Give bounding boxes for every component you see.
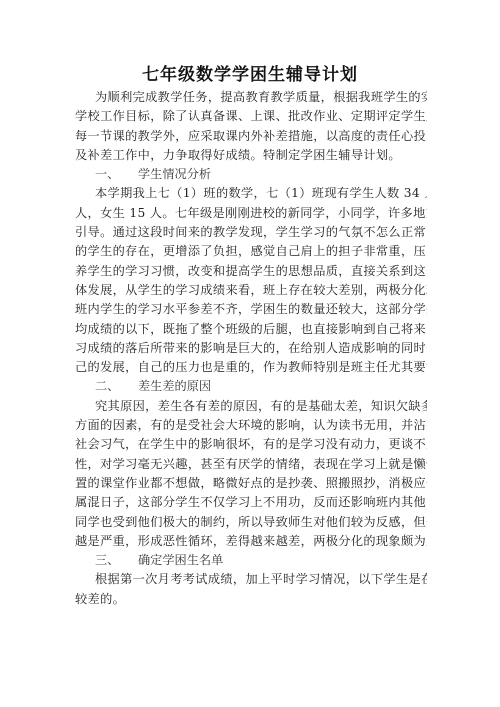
paragraph-line: 均成绩的以下，既拖了整个班级的后腿，也直接影响到自己将来的发展，他们学 [75, 320, 427, 339]
section-paragraph: 本学期我上七（1）班的数学，七（1）班现有学生人数 34 人，其中男生 19 人… [75, 184, 427, 377]
paragraph-line: 同学也受到他们极大的制约，所以导致师生对他们较为反感，但是越这样，他们 [75, 513, 427, 532]
paragraph-line: 班内学生的学习水平参差不齐，学困生的数量还较大，这部分学生的成绩均在平 [75, 300, 427, 319]
document-body: 为顺利完成教学任务，提高教育教学质量，根据我班学生的实际情况，围绕 学校工作目标… [75, 88, 427, 609]
paragraph-line: 本学期我上七（1）班的数学，七（1）班现有学生人数 34 人，其中男生 19 [75, 184, 427, 203]
section-number: 三、 [95, 551, 138, 570]
paragraph-line: 的学生的存在，更增添了负担，感觉自己肩上的担子非常重，压力比较大，而培 [75, 242, 427, 261]
paragraph-line: 为顺利完成教学任务，提高教育教学质量，根据我班学生的实际情况，围绕 [75, 88, 427, 107]
paragraph-line: 究其原因，差生各有差的原因，有的是基础太差，知识欠缺多，有的是智力 [75, 397, 427, 416]
paragraph-line: 性，对学习毫无兴趣，甚至有厌学的情绪，表现在学习上就是懒惰成性，教师布 [75, 455, 427, 474]
section-number: 一、 [95, 165, 138, 184]
document-page: 七年级数学学困生辅导计划 为顺利完成教学任务，提高教育教学质量，根据我班学生的实… [0, 0, 500, 707]
paragraph-line: 己的发展，自己的压力也是重的，作为教师特别是班主任尤其要认识到这一点。 [75, 358, 427, 377]
intro-paragraph: 为顺利完成教学任务，提高教育教学质量，根据我班学生的实际情况，围绕 学校工作目标… [75, 88, 427, 165]
paragraph-line: 养学生的学习习惯，改变和提高学生的思想品质，直接关系到这个班的学生的总 [75, 262, 427, 281]
paragraph-line: 较差的。 [75, 590, 427, 609]
section-title: 学生情况分析 [138, 167, 211, 181]
paragraph-line: 及补差工作中，力争取得好成绩。特制定学困生辅导计划。 [75, 146, 427, 165]
paragraph-line: 引导。通过这段时间来的教学发现，学生学习的气氛不怎么正常，尤其是思想差 [75, 223, 427, 242]
paragraph-line: 越是严重，形成恶性循环，差得越来越差，两极分化的现象颇为严重。 [75, 532, 427, 551]
paragraph-line: 学校工作目标，除了认真备课、上课、批改作业、定期评定学生成绩、优质完成 [75, 107, 427, 126]
document-title: 七年级数学学困生辅导计划 [0, 60, 500, 85]
paragraph-line: 社会习气，在学生中的影响很坏，有的是学习没有动力，更谈不上积极性及主动 [75, 435, 427, 454]
section-heading-reasons: 二、差生差的原因 [75, 377, 427, 396]
section-heading-student-analysis: 一、学生情况分析 [75, 165, 427, 184]
paragraph-line: 习成绩的落后所带来的影响是巨大的，在给别人造成影响的同时也直接影响了自 [75, 339, 427, 358]
paragraph-line: 方面的因素，有的是受社会大环境的影响，认为读书无用，并沾染了一些不良的 [75, 416, 427, 435]
section-title: 确定学困生名单 [138, 553, 223, 567]
section-title: 差生差的原因 [138, 379, 211, 393]
section-paragraph: 根据第一次月考考试成绩，加上平时学习情况，以下学生是在数学学习中比 较差的。 [75, 570, 427, 609]
paragraph-line: 体发展，从学生的学习成绩来看，班上存在较大差别，两极分化现象已经很严重， [75, 281, 427, 300]
section-paragraph: 究其原因，差生各有差的原因，有的是基础太差，知识欠缺多，有的是智力 方面的因素，… [75, 397, 427, 551]
paragraph-line: 根据第一次月考考试成绩，加上平时学习情况，以下学生是在数学学习中比 [75, 570, 427, 589]
section-heading-student-list: 三、确定学困生名单 [75, 551, 427, 570]
paragraph-line: 人，女生 15 人。七年级是刚刚进校的新同学，小同学，许多地方需要老师不断 [75, 204, 427, 223]
section-number: 二、 [95, 377, 138, 396]
paragraph-line: 置的课堂作业都不想做，略微好点的是抄袭、照搬照抄，消极应付，在校时间纯 [75, 474, 427, 493]
paragraph-line: 属混日子，这部分学生不仅学习上不用功，反而还影响班内其他同学，想学习的 [75, 493, 427, 512]
paragraph-line: 每一节课的教学外，应采取课内外补差措施，以高度的责任心投入到紧张的教学 [75, 127, 427, 146]
